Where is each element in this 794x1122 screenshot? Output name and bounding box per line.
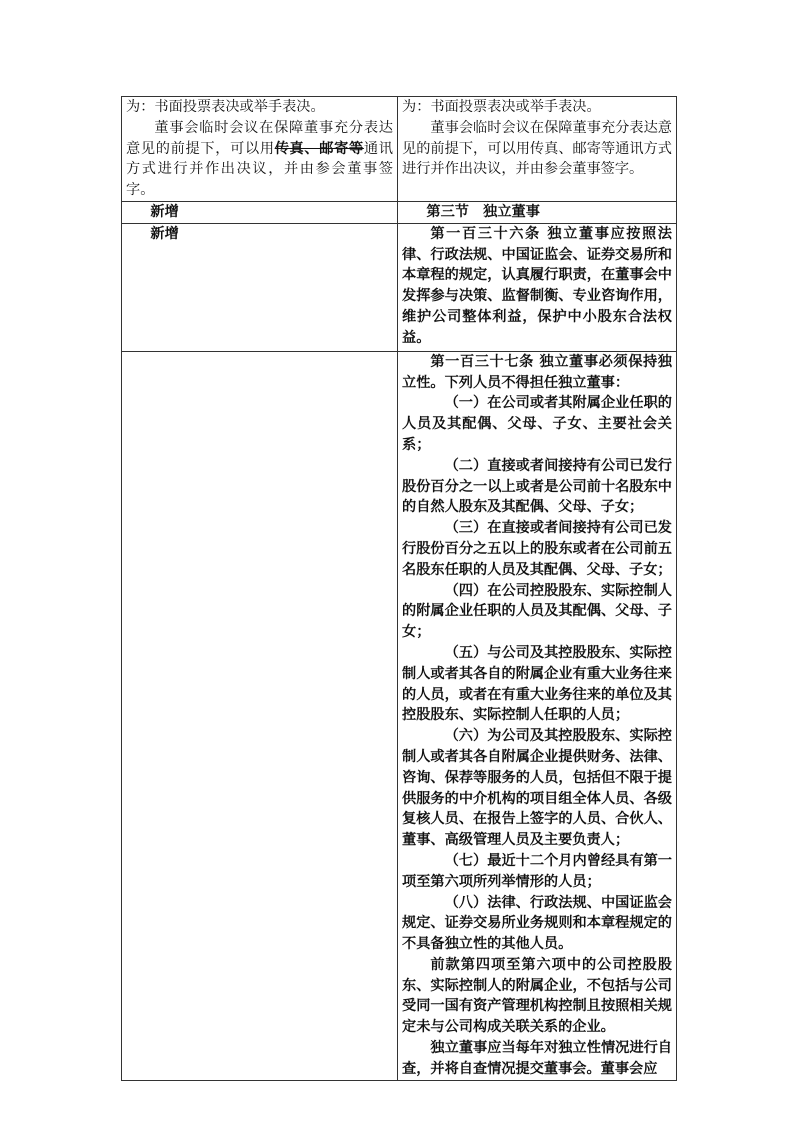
table-row: 为：书面投票表决或举手表决。 董事会临时会议在保障董事充分表达意见的前提下，可以… bbox=[122, 97, 677, 202]
list-item: （六）为公司及其控股股东、实际控制人或者其各自附属企业提供财务、法律、咨询、保荐… bbox=[402, 726, 672, 851]
list-item: （二）直接或者间接持有公司已发行股份百分之一以上或者是公司前十名股东中的自然人股… bbox=[402, 456, 672, 518]
table-row: 第一百三十七条 独立董事必须保持独立性。下列人员不得担任独立董事： （一）在公司… bbox=[122, 351, 677, 1080]
list-item: （五）与公司及其控股股东、实际控制人或者其各自的附属企业有重大业务往来的人员，或… bbox=[402, 643, 672, 726]
revised-text-cell: 第一百三十七条 独立董事必须保持独立性。下列人员不得担任独立董事： （一）在公司… bbox=[398, 351, 677, 1080]
original-text-cell bbox=[122, 351, 398, 1080]
original-text-cell: 为：书面投票表决或举手表决。 董事会临时会议在保障董事充分表达意见的前提下，可以… bbox=[122, 97, 398, 202]
document-page: 为：书面投票表决或举手表决。 董事会临时会议在保障董事充分表达意见的前提下，可以… bbox=[0, 0, 794, 1122]
revised-text-cell: 第一百三十六条 独立董事应按照法律、行政法规、中国证监会、证券交易所和本章程的规… bbox=[398, 223, 677, 351]
revised-text-cell: 为：书面投票表决或举手表决。 董事会临时会议在保障董事充分表达意见的前提下，可以… bbox=[398, 97, 677, 202]
article-136: 第一百三十六条 独立董事应按照法律、行政法规、中国证监会、证券交易所和本章程的规… bbox=[402, 224, 672, 349]
section-heading-cell: 第三节 独立董事 bbox=[398, 201, 677, 223]
original-text-cell: 新增 bbox=[122, 201, 398, 223]
table-row: 新增 第一百三十六条 独立董事应按照法律、行政法规、中国证监会、证券交易所和本章… bbox=[122, 223, 677, 351]
article-137: 第一百三十七条 独立董事必须保持独立性。下列人员不得担任独立董事： bbox=[402, 352, 672, 394]
paragraph: 独立董事应当每年对独立性情况进行自查，并将自查情况提交董事会。董事会应 bbox=[402, 1038, 672, 1080]
articles-comparison-table: 为：书面投票表决或举手表决。 董事会临时会议在保障董事充分表达意见的前提下，可以… bbox=[121, 96, 677, 1081]
paragraph: 为：书面投票表决或举手表决。 bbox=[402, 97, 672, 118]
list-item: （八）法律、行政法规、中国证监会规定、证券交易所业务规则和本章程规定的不具备独立… bbox=[402, 893, 672, 955]
paragraph: 前款第四项至第六项中的公司控股股东、实际控制人的附属企业，不包括与公司受同一国有… bbox=[402, 955, 672, 1038]
paragraph: 董事会临时会议在保障董事充分表达意见的前提下，可以用传真、邮寄等通讯方式进行并作… bbox=[126, 118, 393, 201]
paragraph: 为：书面投票表决或举手表决。 bbox=[126, 97, 393, 118]
paragraph: 董事会临时会议在保障董事充分表达意见的前提下，可以用传真、邮寄等通讯方式进行并作… bbox=[402, 118, 672, 180]
list-item: （一）在公司或者其附属企业任职的人员及其配偶、父母、子女、主要社会关系； bbox=[402, 393, 672, 455]
original-text-cell: 新增 bbox=[122, 223, 398, 351]
list-item: （七）最近十二个月内曾经具有第一项至第六项所列举情形的人员； bbox=[402, 851, 672, 893]
list-item: （三）在直接或者间接持有公司已发行股份百分之五以上的股东或者在公司前五名股东任职… bbox=[402, 518, 672, 580]
list-item: （四）在公司控股股东、实际控制人的附属企业任职的人员及其配偶、父母、子女； bbox=[402, 581, 672, 643]
deleted-text: 传真、邮寄等 bbox=[275, 141, 364, 157]
table-row: 新增 第三节 独立董事 bbox=[122, 201, 677, 223]
